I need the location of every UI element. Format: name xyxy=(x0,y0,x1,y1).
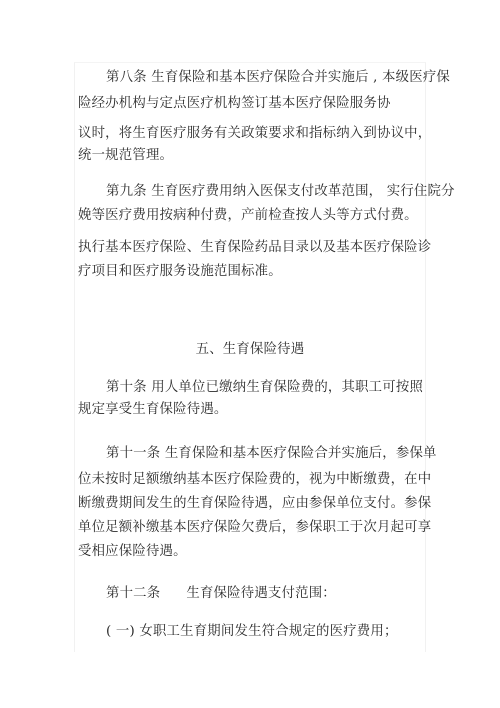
article-12-heading: 第十二条生育保险待遇支付范围： xyxy=(106,586,336,602)
article-12-item-1: ( 一) 女职工生育期间发生符合规定的医疗费用； xyxy=(106,624,398,640)
article-10-line-1: 第十条 用人单位已缴纳生育保险费的，其职工可按照 xyxy=(106,380,423,396)
article-9-line-4: 疗项目和医疗服务设施范围标准。 xyxy=(78,264,282,280)
article-11-line-5: 受相应保险待遇。 xyxy=(78,544,187,560)
article-11-line-1: 第十一条 生育保险和基本医疗保险合并实施后，参保单 xyxy=(106,446,437,462)
article-11-line-2: 位未按时足额缴纳基本医疗保险费的，视为中断缴费，在中 xyxy=(78,472,431,488)
article-11-line-4: 单位足额补缴基本医疗保险欠费后，参保职工于次月起可享 xyxy=(78,520,431,536)
article-9-line-1: 第九条 生育医疗费用纳入医保支付改革范围， 实行住院分 xyxy=(106,184,455,200)
article-8-line-4: 统一规范管理。 xyxy=(78,148,173,164)
article-11-line-3: 断缴费期间发生的生育保险待遇，应由参保单位支付。参保 xyxy=(78,496,431,512)
article-12-label: 第十二条 xyxy=(106,586,160,601)
article-10-line-2: 规定享受生育保险待遇。 xyxy=(78,402,228,418)
article-8-line-2: 险经办机构与定点医疗机构签订基本医疗保险服务协 xyxy=(78,96,391,112)
article-9-line-2: 娩等医疗费用按病种付费，产前检查按人头等方式付费。 xyxy=(78,208,418,224)
article-9-line-3: 执行基本医疗保险、生育保险药品目录以及基本医疗保险诊 xyxy=(78,240,431,256)
article-8-line-1: 第八条 生育保险和基本医疗保险合并实施后 , 本级医疗保 xyxy=(106,70,450,86)
article-12-heading-text: 生育保险待遇支付范围： xyxy=(186,586,336,601)
section-title: 五、生育保险待遇 xyxy=(0,342,500,358)
article-8-line-3: 议时，将生育医疗服务有关政策要求和指标纳入到协议中， xyxy=(78,126,431,142)
